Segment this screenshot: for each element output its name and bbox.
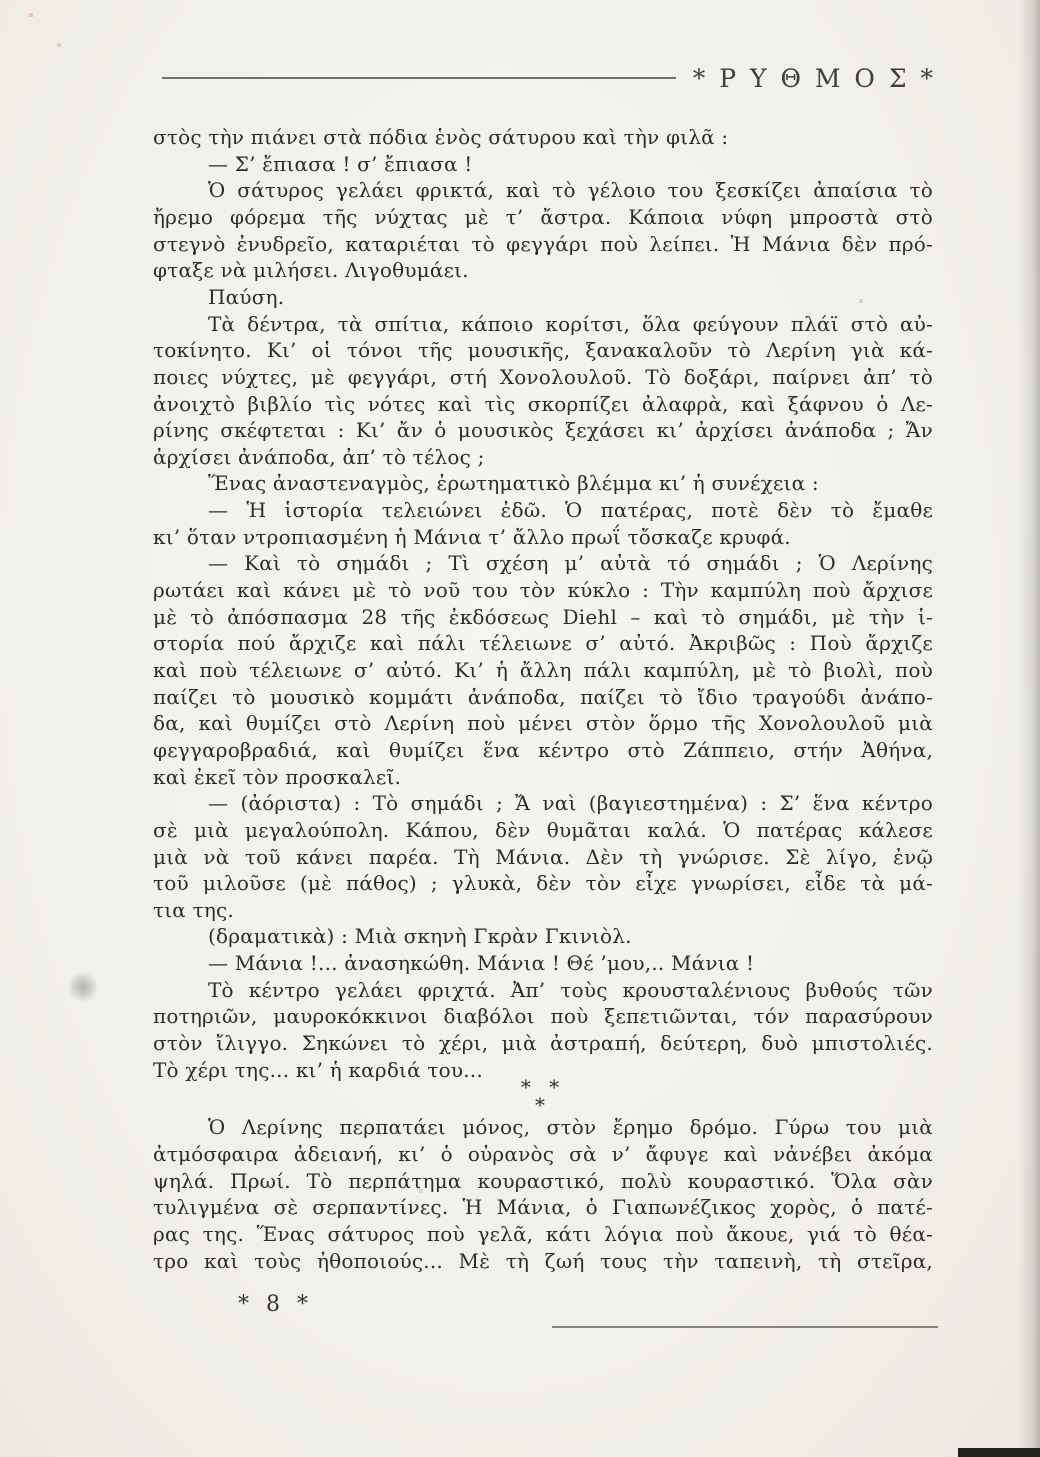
text-line: τρο καὶ τοὺς ἠθοποιούς... Μὲ τὴ ζωή τους…: [153, 1248, 933, 1275]
magazine-title: * Ρ Υ Θ Μ Ο Σ *: [693, 64, 936, 93]
text-line: τοῦ μιλοῦσε (μὲ πάθος) ; γλυκὰ, δὲν τὸν …: [153, 870, 933, 897]
text-line: ἀνοιχτὸ βιβλίο τὶς νότες καὶ τὶς σκορπίζ…: [153, 391, 933, 418]
text-line: Ἕνας ἀναστεναγμὸς, ἐρωτηματικὸ βλέμμα κι…: [153, 470, 933, 497]
text-line: — (ἀόριστα) : Τὸ σημάδι ; Ἄ ναὶ (βαγιεστ…: [153, 790, 933, 817]
text-line: κι’ ὅταν ντροπιασμένη ἡ Μάνια τ’ ἄλλο πρ…: [153, 524, 933, 551]
text-line: ἤρεμο φόρεμα τῆς νύχτας μὲ τ’ ἄστρα. Κάπ…: [153, 204, 933, 231]
text-line: στεγνὸ ἐνυδρεῖο, καταριέται τὸ φεγγάρι π…: [153, 231, 933, 258]
text-line: ρας της. Ἕνας σάτυρος ποὺ γελᾶ, κάτι λόγ…: [153, 1221, 933, 1248]
text-line: τοκίνητο. Κι’ οἱ τόνοι τῆς μουσικῆς, ξαν…: [153, 337, 933, 364]
text-line: — Καὶ τὸ σημάδι ; Τὶ σχέση μ’ αὐτὰ τό ση…: [153, 550, 933, 577]
text-line: καὶ ποὺ τέλειωνε σ’ αὐτό. Κι’ ἡ ἄλλη πάλ…: [153, 657, 933, 684]
text-line: τια της.: [153, 897, 933, 924]
header-rule: [162, 77, 676, 79]
text-line: — Μάνια !... ἀνασηκώθη. Μάνια ! Θέ ’μου,…: [153, 950, 933, 977]
text-line: δα, καὶ θυμίζει στὸ Λερίνη ποὺ μένει στὸ…: [153, 710, 933, 737]
text-line: παίζει τὸ μουσικὸ κομμάτι ἀνάποδα, παίζε…: [153, 684, 933, 711]
text-line: — Σ’ ἔπιασα ! σ’ ἔπιασα !: [153, 151, 933, 178]
asterisk-separator: *: [153, 1096, 933, 1114]
text-line: ἀτμόσφαιρα ἀδειανή, κι’ ὁ οὐρανὸς σὰ ν’ …: [153, 1141, 933, 1168]
text-line: ἀρχίσει ἀνάποδα, ἀπ’ τὸ τέλος ;: [153, 444, 933, 471]
text-line: στορία πού ἄρχιζε καὶ πάλι τέλειωνε σ’ α…: [153, 630, 933, 657]
scanned-page: * Ρ Υ Θ Μ Ο Σ * στὸς τὴν πιάνει στὰ πόδι…: [0, 0, 1040, 1457]
text-line: τυλιγμένα σὲ σερπαντίνες. Ἡ Μάνια, ὁ Για…: [153, 1194, 933, 1221]
text-line: φταξε νὰ μιλήσει. Λιγοθυμάει.: [153, 257, 933, 284]
text-line: στὸς τὴν πιάνει στὰ πόδια ἑνὸς σάτυρου κ…: [153, 124, 933, 151]
footer-rule: [552, 1326, 938, 1328]
text-line: (δραματικὰ) : Μιὰ σκηνὴ Γκρὰν Γκινιὸλ.: [153, 923, 933, 950]
text-line: ποτηριῶν, μαυροκόκκινοι διαβόλοι ποὺ ξεπ…: [153, 1003, 933, 1030]
text-line: στὸν ἴλιγγο. Σηκώνει τὸ χέρι, μιὰ ἀστραπ…: [153, 1030, 933, 1057]
text-line: Παύση.: [153, 284, 933, 311]
text-line: καὶ ἐκεῖ τὸν προσκαλεῖ.: [153, 764, 933, 791]
scan-corner-mark: [958, 1448, 1040, 1457]
ink-smudge: [68, 972, 98, 1002]
text-line: μιὰ νὰ τοῦ κάνει παρέα. Τὴ Μάνια. Δὲν τὴ…: [153, 844, 933, 871]
text-line: ρίνης σκέφτεται : Κι’ ἄν ὁ μουσικὸς ξεχά…: [153, 417, 933, 444]
text-line: Ὁ Λερίνης περπατάει μόνος, στὸν ἔρημο δρ…: [153, 1114, 933, 1141]
text-line: φεγγαροβραδιά, καὶ θυμίζει ἕνα κέντρο στ…: [153, 737, 933, 764]
text-line: — Ἡ ἱστορία τελειώνει ἐδῶ. Ὁ πατέρας, πο…: [153, 497, 933, 524]
text-line: ψηλά. Πρωί. Τὸ περπάτημα κουραστικό, πολ…: [153, 1168, 933, 1195]
text-line: ποιες νύχτες, μὲ φεγγάρι, στή Χονολουλοῦ…: [153, 364, 933, 391]
text-line: Τὸ κέντρο γελάει φριχτά. Ἀπ’ τοὺς κρουστ…: [153, 977, 933, 1004]
page-number: * 8 *: [238, 1292, 313, 1317]
text-line: Τὰ δέντρα, τὰ σπίτια, κάποιο κορίτσι, ὅλ…: [153, 311, 933, 338]
text-line: Ὁ σάτυρος γελάει φρικτά, καὶ τὸ γέλοιο τ…: [153, 177, 933, 204]
text-line: σὲ μιὰ μεγαλούπολη. Κάπου, δὲν θυμᾶται κ…: [153, 817, 933, 844]
text-line: ρωτάει καὶ κάνει μὲ τὸ νοῦ του τὸν κύκλο…: [153, 577, 933, 604]
text-line: μὲ τὸ ἀπόσπασμα 28 τῆς ἐκδόσεως Diehl – …: [153, 604, 933, 631]
paper-specks: [0, 0, 2, 2]
scan-edge-shadow: [1018, 0, 1040, 1457]
